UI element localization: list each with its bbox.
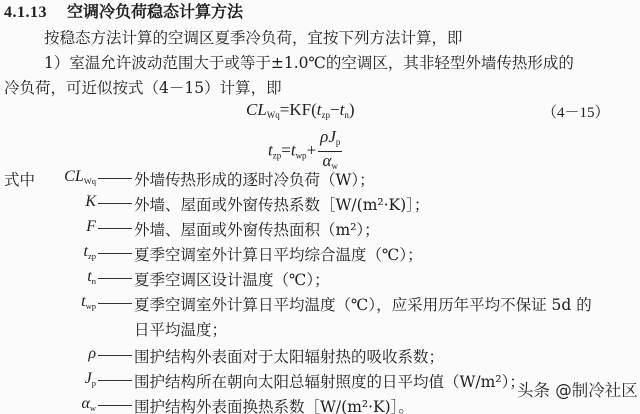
definition-alpha-w: 围护结构外表面换热系数［W/(m²·K)］。	[134, 395, 414, 414]
formula-rhs-prefix: =KF(	[280, 100, 317, 119]
formula-lhs-sub: Wq	[267, 110, 280, 120]
symbol-sub: zp	[88, 251, 96, 261]
formula-t1-sub: zp	[322, 110, 331, 120]
em-dash	[98, 278, 132, 279]
symbol-tzp: tzp	[0, 243, 96, 261]
definition-k: 外墙、屋面或外窗传热系数［W/(m²·K)］；	[134, 193, 429, 215]
formula2-equals: =	[281, 140, 291, 159]
em-dash	[98, 355, 132, 356]
definition-tzp: 夏季空调室外计算日平均综合温度（℃）；	[134, 243, 423, 265]
em-dash	[98, 178, 132, 179]
formula2-lhs-sub: zp	[273, 150, 282, 160]
formula2-t-sub: wp	[296, 150, 307, 160]
formula-4-15: CLWq=KF(tzp−tn)	[246, 100, 355, 120]
symbol-sub: n	[92, 276, 96, 286]
symbol-text: K	[85, 193, 96, 210]
fraction-numerator: ρJp	[318, 128, 342, 152]
em-dash	[98, 228, 132, 229]
symbol-k: K	[0, 193, 96, 211]
section-heading: 4.1.13空调冷负荷稳态计算方法	[4, 2, 243, 23]
definition-twp-cont: 日平均温度；	[134, 318, 227, 340]
symbol-alpha-w: αw	[0, 395, 96, 413]
symbol-sub: w	[90, 403, 96, 413]
numerator-sub: p	[336, 137, 341, 147]
definition-f: 外墙、屋面或外窗传热面积（m²）；	[134, 218, 380, 240]
em-dash	[98, 253, 132, 254]
em-dash	[98, 303, 132, 304]
symbol-twp: twp	[0, 293, 96, 311]
section-number: 4.1.13	[4, 4, 47, 21]
definition-clwq: 外墙传热形成的逐时冷负荷（W）；	[134, 168, 375, 190]
paragraph-item-1-cont: 冷负荷，可近似按式（4－15）计算，即	[4, 78, 282, 98]
em-dash	[98, 203, 132, 204]
symbol-sub: Wq	[84, 176, 96, 186]
definition-jp: 围护结构所在朝向太阳总辐射照度的日平均值（W/m²）；	[134, 370, 525, 392]
formula-close: )	[349, 100, 355, 119]
formula2-plus: +	[307, 140, 317, 159]
equation-number: （4－15）	[542, 101, 610, 122]
definition-tn: 夏季空调区设计温度（℃）；	[134, 268, 330, 290]
symbol-text: CL	[64, 168, 84, 185]
symbol-text: F	[86, 218, 96, 235]
symbol-text: ρ	[88, 345, 96, 362]
formula-lhs: CL	[246, 100, 267, 119]
symbol-tn: tn	[0, 268, 96, 286]
section-title: 空调冷负荷稳态计算方法	[67, 2, 243, 21]
symbol-rho: ρ	[0, 345, 96, 363]
definition-rho: 围护结构外表面对于太阳辐射热的吸收系数；	[134, 345, 444, 367]
symbol-text: J	[85, 370, 92, 387]
em-dash	[98, 380, 132, 381]
definition-twp: 夏季空调室外计算日平均温度（℃），应采用历年平均不保证 5d 的	[134, 293, 592, 315]
em-dash	[98, 405, 132, 406]
symbol-f: F	[0, 218, 96, 236]
symbol-text: α	[81, 395, 89, 412]
symbol-sub: wp	[86, 301, 96, 311]
formula-minus: −	[330, 100, 340, 119]
numerator-text: ρJ	[320, 127, 336, 146]
paragraph-intro: 按稳态方法计算的空调区夏季冷负荷，宜按下列方法计算，即	[44, 28, 463, 48]
symbol-clwq: CLWq	[0, 168, 96, 186]
symbol-jp: Jp	[0, 370, 96, 388]
symbol-sub: p	[92, 378, 96, 388]
watermark: 头条 @制冷社区	[517, 377, 638, 401]
paragraph-item-1: 1）室温允许波动范围大于或等于±1.0℃的空调区，其非轻型外墙传热形成的	[44, 53, 574, 73]
